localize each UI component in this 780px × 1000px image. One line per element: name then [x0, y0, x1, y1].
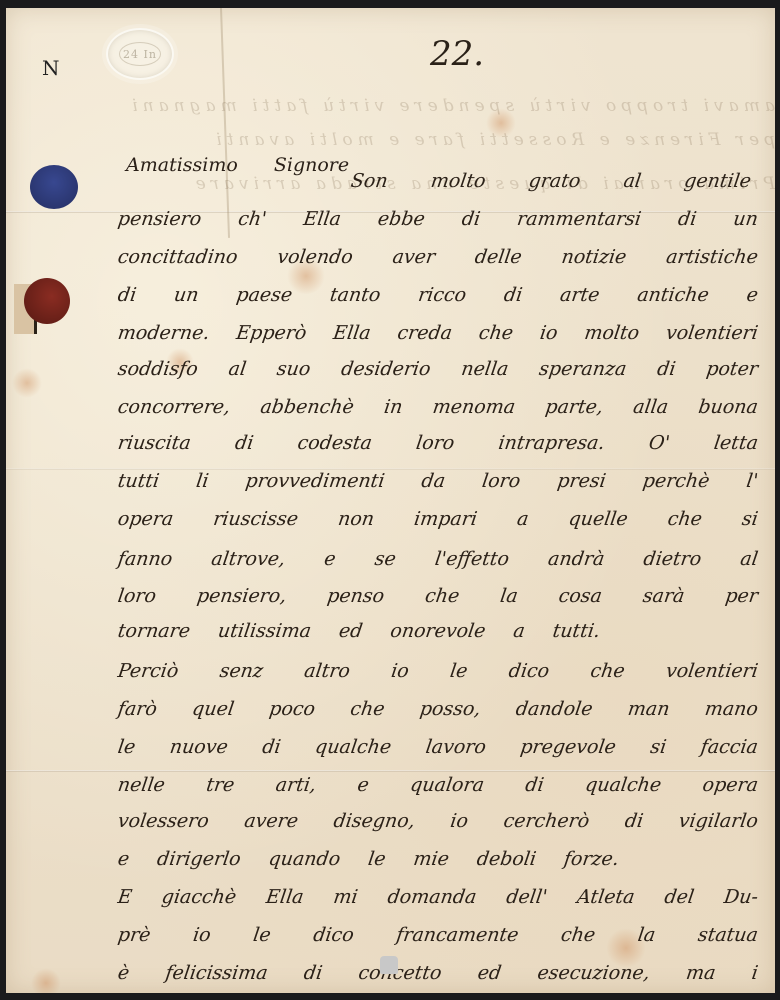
letter-word: ricco: [417, 284, 468, 306]
letter-word: e: [745, 284, 759, 306]
letter-word: cosa: [557, 585, 603, 607]
letter-word: notizie: [560, 246, 628, 268]
letter-word: molto: [583, 322, 641, 344]
letter-word: qualche: [584, 774, 663, 796]
letter-word: mi: [332, 886, 359, 908]
letter-word: felicissima: [164, 962, 269, 984]
letter-word: a: [512, 620, 526, 642]
letter-word: intrapresa.: [497, 432, 606, 454]
letter-word: i: [750, 962, 759, 984]
letter-word: è: [116, 962, 130, 984]
letter-word: opera: [116, 508, 174, 530]
letter-word: per: [724, 585, 760, 607]
letter-word: ch': [237, 208, 268, 230]
letter-word: man: [626, 698, 671, 720]
letter-line: concittadinovolendoaverdellenotizieartis…: [116, 246, 759, 268]
letter-word: moderne.: [116, 322, 211, 344]
letter-word: e: [116, 848, 130, 870]
letter-word: loro: [415, 432, 456, 454]
letter-word: quel: [191, 698, 236, 720]
letter-word: provvedimenti: [244, 470, 386, 492]
letter-word: che: [560, 924, 597, 946]
letter-word: sarà: [641, 585, 686, 607]
letter-line: operariuscissenonimpariaquellechesi: [116, 508, 759, 530]
letter-word: che: [349, 698, 386, 720]
letter-word: Perciò: [116, 660, 180, 682]
letter-line: faròquelpococheposso,dandolemanmano: [116, 698, 759, 720]
letter-word: suo: [275, 358, 312, 380]
letter-word: l': [745, 470, 759, 492]
stamp-text: 24 In: [119, 42, 161, 66]
letter-word: si: [741, 508, 760, 530]
letter-word: arti,: [274, 774, 317, 796]
letter-word: mie: [412, 848, 450, 870]
letter-word: di: [460, 208, 481, 230]
letter-word: andrà: [547, 548, 606, 570]
letter-word: perchè: [641, 470, 711, 492]
letter-word: qualora: [409, 774, 486, 796]
fold-crease-vertical: [220, 8, 230, 238]
letter-word: tutti.: [551, 620, 601, 642]
letter-word: O': [647, 432, 671, 454]
letter-word: lavoro: [424, 736, 487, 758]
letter-word: posso,: [418, 698, 482, 720]
letter-word: in: [383, 396, 404, 418]
letter-word: esecuzione,: [536, 962, 651, 984]
letter-word: Ella: [265, 886, 305, 908]
letter-word: di: [677, 208, 698, 230]
letter-word: dandole: [514, 698, 594, 720]
letter-word: che: [424, 585, 461, 607]
letter-word: di: [656, 358, 677, 380]
letter-page: amavi troppo virtù spendere virtù fatti …: [6, 8, 775, 993]
letter-word: loro: [481, 470, 522, 492]
letter-word: da: [420, 470, 447, 492]
letter-word: tanto: [329, 284, 382, 306]
letter-word: utilissima: [217, 620, 313, 642]
letter-word: dietro: [642, 548, 703, 570]
letter-word: volentieri: [665, 322, 760, 344]
letter-word: cercherò: [502, 810, 591, 832]
letter-line: edirigerloquandolemiedeboliforze.: [116, 848, 759, 870]
letter-word: io: [192, 924, 213, 946]
letter-word: che: [589, 660, 626, 682]
letter-word: speranza: [538, 358, 628, 380]
letter-word: domanda: [386, 886, 478, 908]
letter-word: presi: [556, 470, 607, 492]
letter-word: vigilarlo: [677, 810, 759, 832]
letter-word: avere: [243, 810, 300, 832]
letter-word: Son: [349, 170, 389, 192]
letter-word: volendo: [276, 246, 354, 268]
letter-line: tornareutilissimaedonorevoleatutti.: [116, 620, 759, 642]
letter-word: le: [116, 736, 136, 758]
letter-word: aver: [391, 246, 436, 268]
letter-word: creda: [396, 322, 454, 344]
fold-crease-lower: [6, 770, 775, 772]
letter-line: èfelicissimadiconcettoedesecuzione,mai: [116, 962, 759, 984]
letter-word: concorrere,: [116, 396, 231, 418]
letter-word: io: [539, 322, 560, 344]
letter-word: di: [503, 284, 524, 306]
letter-word: Ella: [332, 322, 372, 344]
letter-word: concetto: [357, 962, 443, 984]
foxing-stain: [31, 968, 61, 993]
letter-word: opera: [701, 774, 759, 796]
letter-word: dico: [312, 924, 355, 946]
letter-word: un: [173, 284, 201, 306]
letter-word: menoma: [431, 396, 516, 418]
letter-word: del: [663, 886, 696, 908]
letter-word: le: [252, 924, 272, 946]
letter-word: faccia: [699, 736, 759, 758]
letter-word: un: [732, 208, 760, 230]
letter-word: e: [323, 548, 337, 570]
letter-line: EgiacchèEllamidomandadell'AtletadelDu-: [116, 886, 759, 908]
bleed-through-text: amavi troppo virtù spendere virtù fatti …: [6, 96, 775, 116]
letter-word: letta: [713, 432, 760, 454]
letter-word: alla: [632, 396, 670, 418]
letter-word: forze.: [563, 848, 621, 870]
letter-word: E: [116, 886, 133, 908]
letter-word: di: [302, 962, 323, 984]
letter-word: desiderio: [340, 358, 432, 380]
letter-word: tre: [205, 774, 236, 796]
letter-word: loro: [116, 585, 157, 607]
letter-word: onorevole: [389, 620, 487, 642]
letter-word: l'effetto: [434, 548, 511, 570]
letter-line: fannoaltrove,esel'effettoandràdietroal: [116, 548, 759, 570]
letter-word: buona: [697, 396, 759, 418]
foxing-stain: [12, 368, 42, 398]
salutation: Amatissimo Signore: [126, 154, 349, 176]
letter-line: pensieroch'Ellaebbedirammentarsidiun: [116, 208, 759, 230]
letter-word: Du-: [723, 886, 760, 908]
letter-word: senz: [218, 660, 264, 682]
letter-line: soddisfoalsuodesiderionellasperanzadipot…: [116, 358, 759, 380]
red-wax-seal: [24, 278, 70, 324]
letter-word: deboli: [475, 848, 537, 870]
letter-word: le: [367, 848, 387, 870]
letter-word: che: [477, 322, 514, 344]
letter-word: parte,: [544, 396, 605, 418]
letter-word: Ella: [302, 208, 342, 230]
letter-line: Sonmoltogratoalgentile: [349, 170, 752, 192]
letter-word: riuscita: [116, 432, 192, 454]
marginal-letter: N: [42, 56, 60, 80]
letter-word: tornare: [116, 620, 191, 642]
letter-word: Atleta: [576, 886, 636, 908]
letter-word: Epperò: [235, 322, 308, 344]
letter-word: che: [666, 508, 703, 530]
letter-word: ed: [476, 962, 503, 984]
letter-word: fanno: [116, 548, 173, 570]
letter-word: disegno,: [332, 810, 416, 832]
letter-word: la: [499, 585, 519, 607]
letter-word: di: [234, 432, 255, 454]
letter-line: tuttiliprovvedimentidaloropresiperchèl': [116, 470, 759, 492]
letter-word: riuscisse: [212, 508, 300, 530]
letter-word: ebbe: [376, 208, 426, 230]
letter-word: volessero: [116, 810, 210, 832]
letter-word: di: [524, 774, 545, 796]
letter-word: codesta: [296, 432, 373, 454]
letter-line: prèioledicofrancamentechelastatua: [116, 924, 759, 946]
letter-word: a: [516, 508, 530, 530]
letter-word: li: [195, 470, 210, 492]
blue-wax-seal: [30, 165, 78, 209]
letter-word: paese: [235, 284, 294, 306]
letter-word: ma: [685, 962, 717, 984]
letter-word: al: [622, 170, 642, 192]
letter-word: farò: [116, 698, 158, 720]
letter-word: dell': [505, 886, 549, 908]
paper-hole: [380, 956, 398, 974]
letter-word: di: [116, 284, 137, 306]
letter-word: altro: [303, 660, 352, 682]
letter-word: pregevole: [519, 736, 617, 758]
letter-word: antiche: [636, 284, 710, 306]
letter-word: al: [227, 358, 247, 380]
letter-line: Perciòsenzaltroioledicochevolentieri: [116, 660, 759, 682]
letter-word: statua: [697, 924, 760, 946]
letter-word: quelle: [567, 508, 629, 530]
letter-word: nuove: [168, 736, 229, 758]
letter-word: gentile: [683, 170, 753, 192]
letter-word: pensiero,: [196, 585, 288, 607]
letter-word: qualche: [314, 736, 393, 758]
letter-word: di: [261, 736, 282, 758]
letter-line: diunpaesetantoriccodiarteantichee: [116, 284, 759, 306]
letter-word: quando: [267, 848, 342, 870]
letter-word: rammentarsi: [516, 208, 643, 230]
letter-word: ed: [338, 620, 365, 642]
letter-word: non: [337, 508, 376, 530]
letter-word: mano: [703, 698, 759, 720]
letter-word: tutti: [116, 470, 160, 492]
letter-word: molto: [429, 170, 487, 192]
letter-word: io: [390, 660, 411, 682]
letter-word: poter: [705, 358, 760, 380]
letter-line: loropensiero,pensochelacosasaràper: [116, 585, 759, 607]
letter-word: dirigerlo: [156, 848, 242, 870]
letter-word: se: [373, 548, 397, 570]
letter-word: nella: [460, 358, 510, 380]
bleed-through-text: per Firenze e Rossetti fare e molti avan…: [6, 130, 775, 150]
letter-word: poco: [268, 698, 317, 720]
letter-word: penso: [326, 585, 386, 607]
letter-line: concorrere,abbenchèinmenomaparte,allabuo…: [116, 396, 759, 418]
letter-word: impari: [413, 508, 479, 530]
letter-word: delle: [473, 246, 523, 268]
letter-line: volesseroaveredisegno,iocercheròdivigila…: [116, 810, 759, 832]
page-number: 22.: [430, 34, 484, 74]
letter-word: grato: [527, 170, 582, 192]
letter-word: artistiche: [665, 246, 760, 268]
letter-word: di: [623, 810, 644, 832]
letter-word: dico: [507, 660, 550, 682]
letter-line: riuscitadicodestalorointrapresa.O'letta: [116, 432, 759, 454]
letter-word: pensiero: [116, 208, 202, 230]
letter-word: volentieri: [665, 660, 760, 682]
letter-word: e: [356, 774, 370, 796]
embossed-stamp: 24 In: [106, 28, 174, 80]
letter-word: soddisfo: [116, 358, 199, 380]
letter-word: francamente: [395, 924, 520, 946]
letter-word: al: [739, 548, 759, 570]
letter-word: la: [636, 924, 656, 946]
letter-word: giacchè: [160, 886, 237, 908]
letter-word: si: [649, 736, 668, 758]
letter-word: arte: [559, 284, 601, 306]
letter-word: abbenchè: [259, 396, 355, 418]
letter-word: altrove,: [210, 548, 287, 570]
letter-word: nelle: [116, 774, 166, 796]
letter-line: lenuovediqualchelavoropregevolesifaccia: [116, 736, 759, 758]
letter-word: prè: [116, 924, 152, 946]
letter-line: nelletrearti,equaloradiqualcheopera: [116, 774, 759, 796]
letter-word: io: [449, 810, 470, 832]
letter-word: concittadino: [116, 246, 239, 268]
letter-word: le: [449, 660, 469, 682]
letter-line: moderne.EpperòEllacredacheiomoltovolenti…: [116, 322, 759, 344]
